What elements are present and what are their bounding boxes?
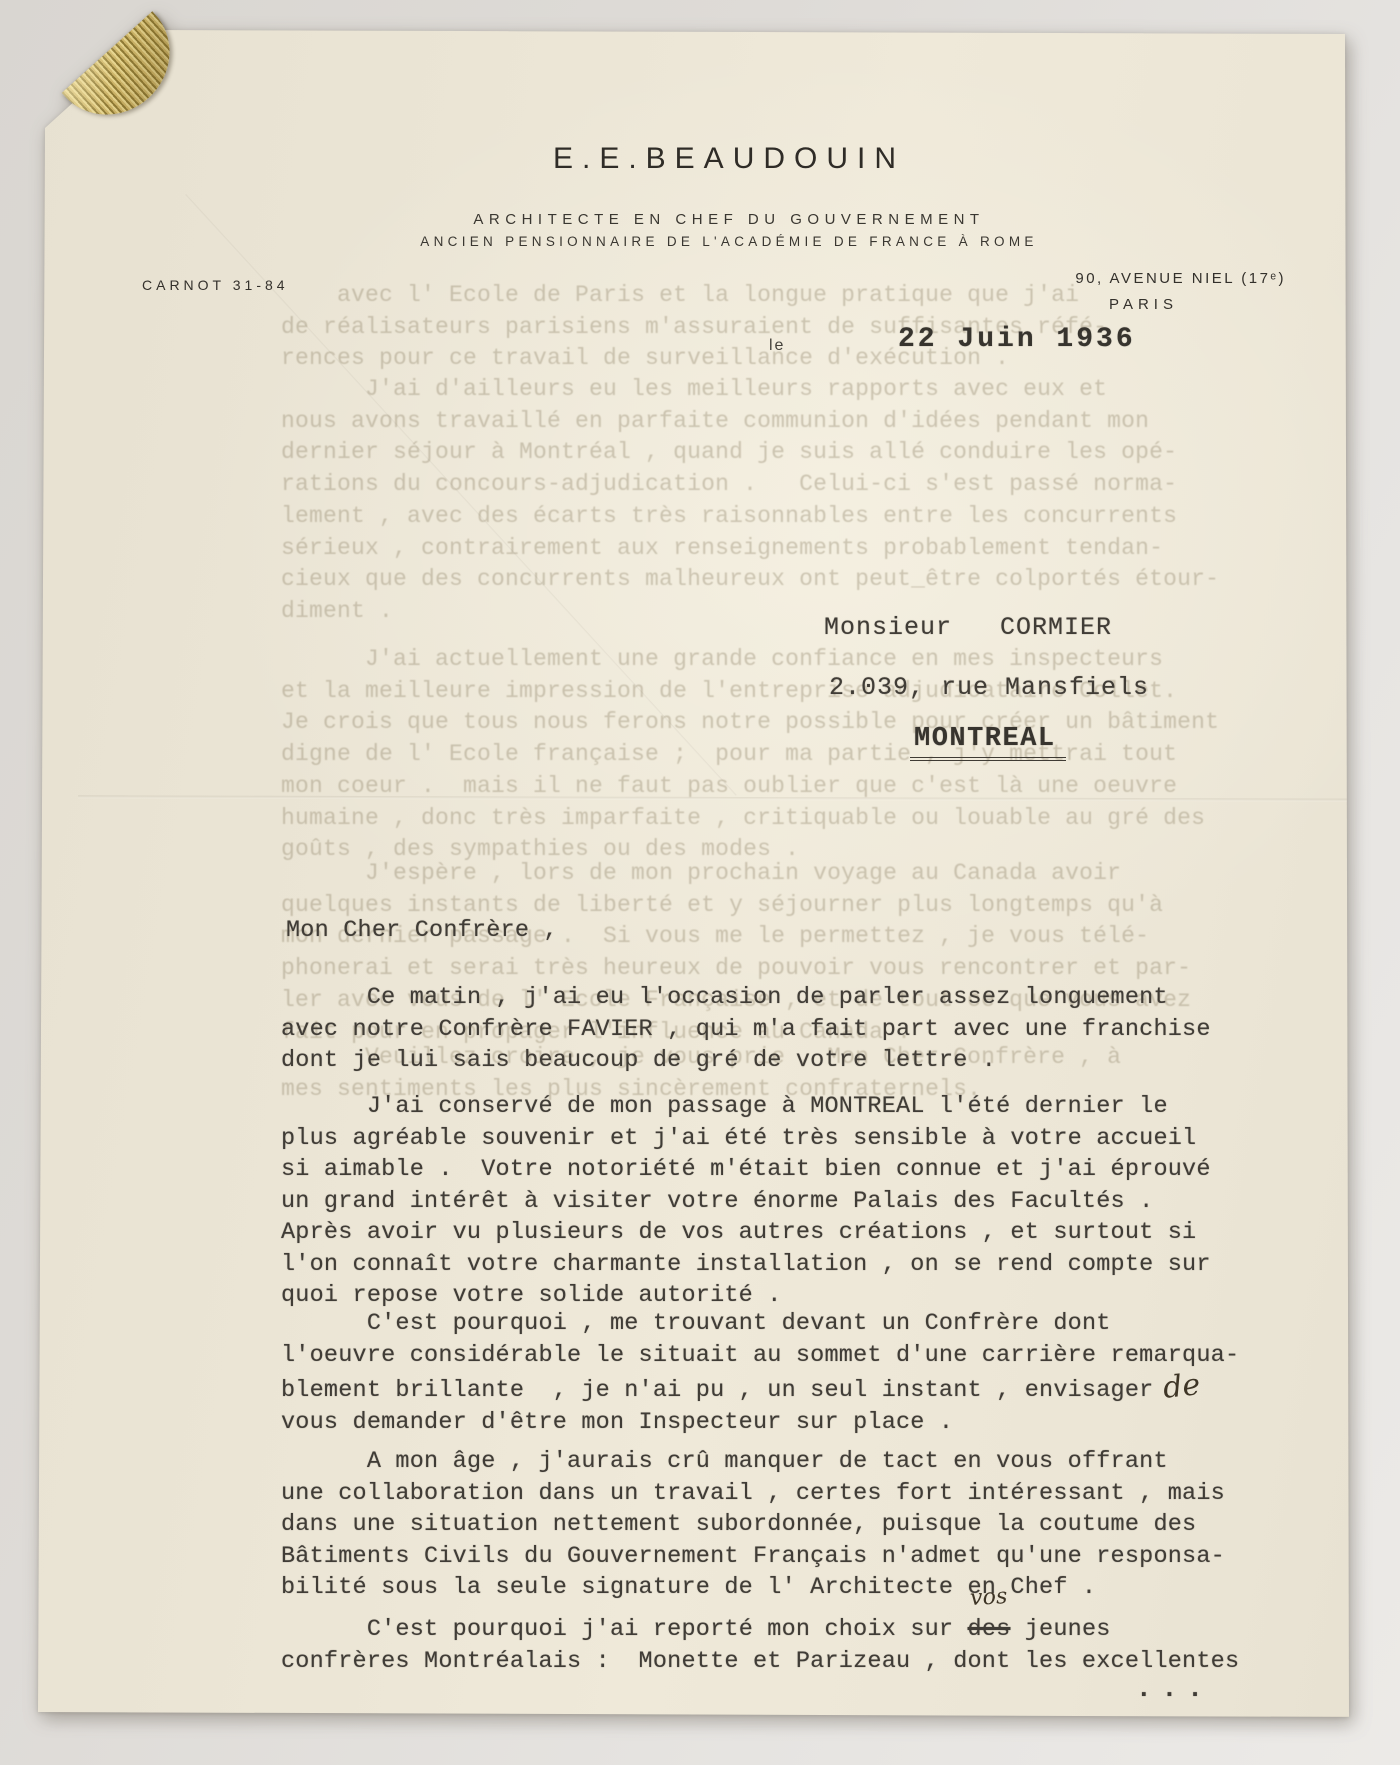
salutation: Mon Cher Confrère , [286,915,558,947]
letterhead-address: 90, AVENUE NIEL (17ᵉ) [1031,270,1286,287]
handwritten-de-annotation: de [1162,1369,1202,1404]
bleedthrough-text-block-1: avec l' Ecole de Paris et la longue prat… [281,280,1391,375]
continuation-ellipsis: ... [1136,1674,1213,1706]
paragraph-3-text: C'est pourquoi , me trouvant devant un C… [281,1310,1239,1404]
paragraph-5: C'est pourquoi j'ai reporté mon choix su… [281,1614,1301,1677]
date-prefix-label: le [769,337,785,355]
letterhead-title-line1: ARCHITECTE EN CHEF DU GOUVERNEMENT [379,211,1079,228]
letterhead-name: E.E.BEAUDOUIN [379,142,1079,176]
paragraph-3-text-end: vous demander d'être mon Inspecteur sur … [281,1409,953,1436]
bleedthrough-text-block-2: J'ai d'ailleurs eu les meilleurs rapport… [281,374,1391,628]
bleedthrough-ellipsis: . . . [1139,1720,1339,1752]
struck-word-des: des [968,1616,1011,1643]
letterhead-city: PARIS [1031,296,1256,313]
photo-backdrop: { "colors":{"backdrop":"#dedbd7","paper"… [0,0,1400,1765]
paragraph-4: A mon âge , j'aurais crû manquer de tact… [281,1446,1301,1604]
typed-date: 22 Juin 1936 [898,324,1136,356]
handwritten-vos-annotation: vos [969,1586,1008,1610]
corrected-word-wrap: desvos [968,1614,1011,1646]
letterhead-title-line2: ANCIEN PENSIONNAIRE DE L'ACADÉMIE DE FRA… [354,234,1104,249]
paragraph-5-text: C'est pourquoi j'ai reporté mon choix su… [281,1616,968,1643]
paragraph-3: C'est pourquoi , me trouvant devant un C… [281,1308,1301,1438]
recipient-street: 2.039, rue Mansfiels [829,672,1149,704]
paragraph-2: J'ai conservé de mon passage à MONTREAL … [281,1091,1301,1312]
letter-page: avec l' Ecole de Paris et la longue prat… [36,22,1351,1719]
paragraph-1: Ce matin , j'ai eu l'occasion de parler … [281,982,1301,1077]
recipient-name: Monsieur CORMIER [824,612,1112,644]
bottom-fold-crease [80,1716,1380,1719]
scanned-letter: avec l' Ecole de Paris et la longue prat… [0,0,1400,1765]
recipient-city-underlined: MONTREAL [910,724,1066,761]
